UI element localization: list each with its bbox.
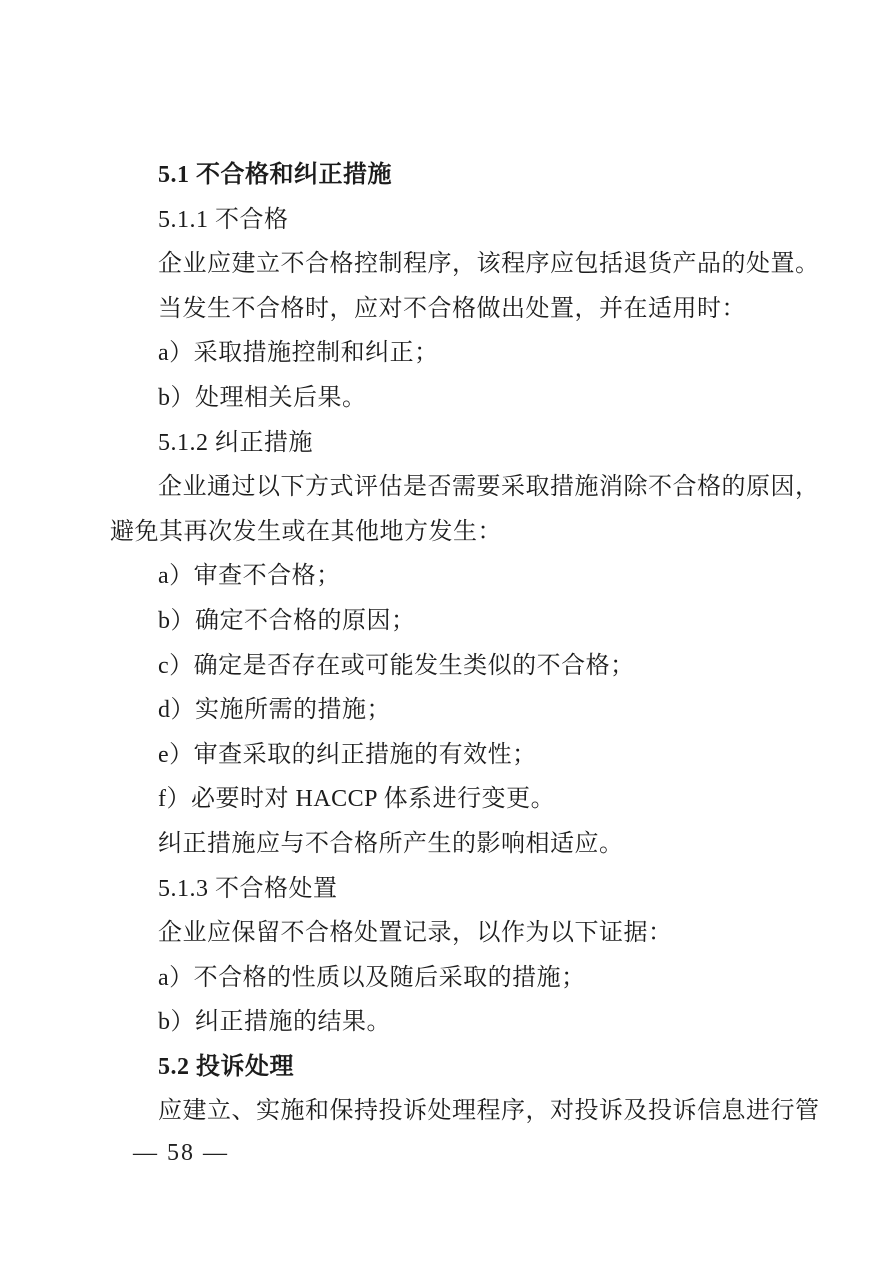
section-heading-5-2: 5.2 投诉处理 bbox=[110, 1045, 788, 1090]
subsection-heading-5-1-2: 5.1.2 纠正措施 bbox=[110, 421, 788, 466]
document-body: 5.1 不合格和纠正措施 5.1.1 不合格 企业应建立不合格控制程序，该程序应… bbox=[110, 153, 788, 1134]
paragraph-line: 当发生不合格时，应对不合格做出处置，并在适用时： bbox=[110, 287, 788, 332]
section-heading-5-1: 5.1 不合格和纠正措施 bbox=[110, 153, 788, 198]
list-item-b: b）纠正措施的结果。 bbox=[110, 1000, 788, 1045]
paragraph-line: 企业通过以下方式评估是否需要采取措施消除不合格的原因， bbox=[110, 465, 788, 510]
list-item-b: b）确定不合格的原因； bbox=[110, 599, 788, 644]
paragraph-line: 纠正措施应与不合格所产生的影响相适应。 bbox=[110, 822, 788, 867]
subsection-heading-5-1-3: 5.1.3 不合格处置 bbox=[110, 867, 788, 912]
paragraph-line: 应建立、实施和保持投诉处理程序，对投诉及投诉信息进行管 bbox=[110, 1089, 788, 1134]
list-item-a: a）不合格的性质以及随后采取的措施； bbox=[110, 956, 788, 1001]
page-number: — 58 — bbox=[133, 1140, 229, 1167]
list-item-a: a）审查不合格； bbox=[110, 554, 788, 599]
list-item-d: d）实施所需的措施； bbox=[110, 688, 788, 733]
subsection-heading-5-1-1: 5.1.1 不合格 bbox=[110, 198, 788, 243]
list-item-c: c）确定是否存在或可能发生类似的不合格； bbox=[110, 644, 788, 689]
paragraph-line-continuation: 避免其再次发生或在其他地方发生： bbox=[110, 510, 788, 555]
document-page: 5.1 不合格和纠正措施 5.1.1 不合格 企业应建立不合格控制程序，该程序应… bbox=[0, 0, 892, 1262]
list-item-a: a）采取措施控制和纠正； bbox=[110, 331, 788, 376]
paragraph-line: 企业应保留不合格处置记录，以作为以下证据： bbox=[110, 911, 788, 956]
list-item-e: e）审查采取的纠正措施的有效性； bbox=[110, 733, 788, 778]
paragraph-line: 企业应建立不合格控制程序，该程序应包括退货产品的处置。 bbox=[110, 242, 788, 287]
list-item-b: b）处理相关后果。 bbox=[110, 376, 788, 421]
list-item-f: f）必要时对 HACCP 体系进行变更。 bbox=[110, 777, 788, 822]
